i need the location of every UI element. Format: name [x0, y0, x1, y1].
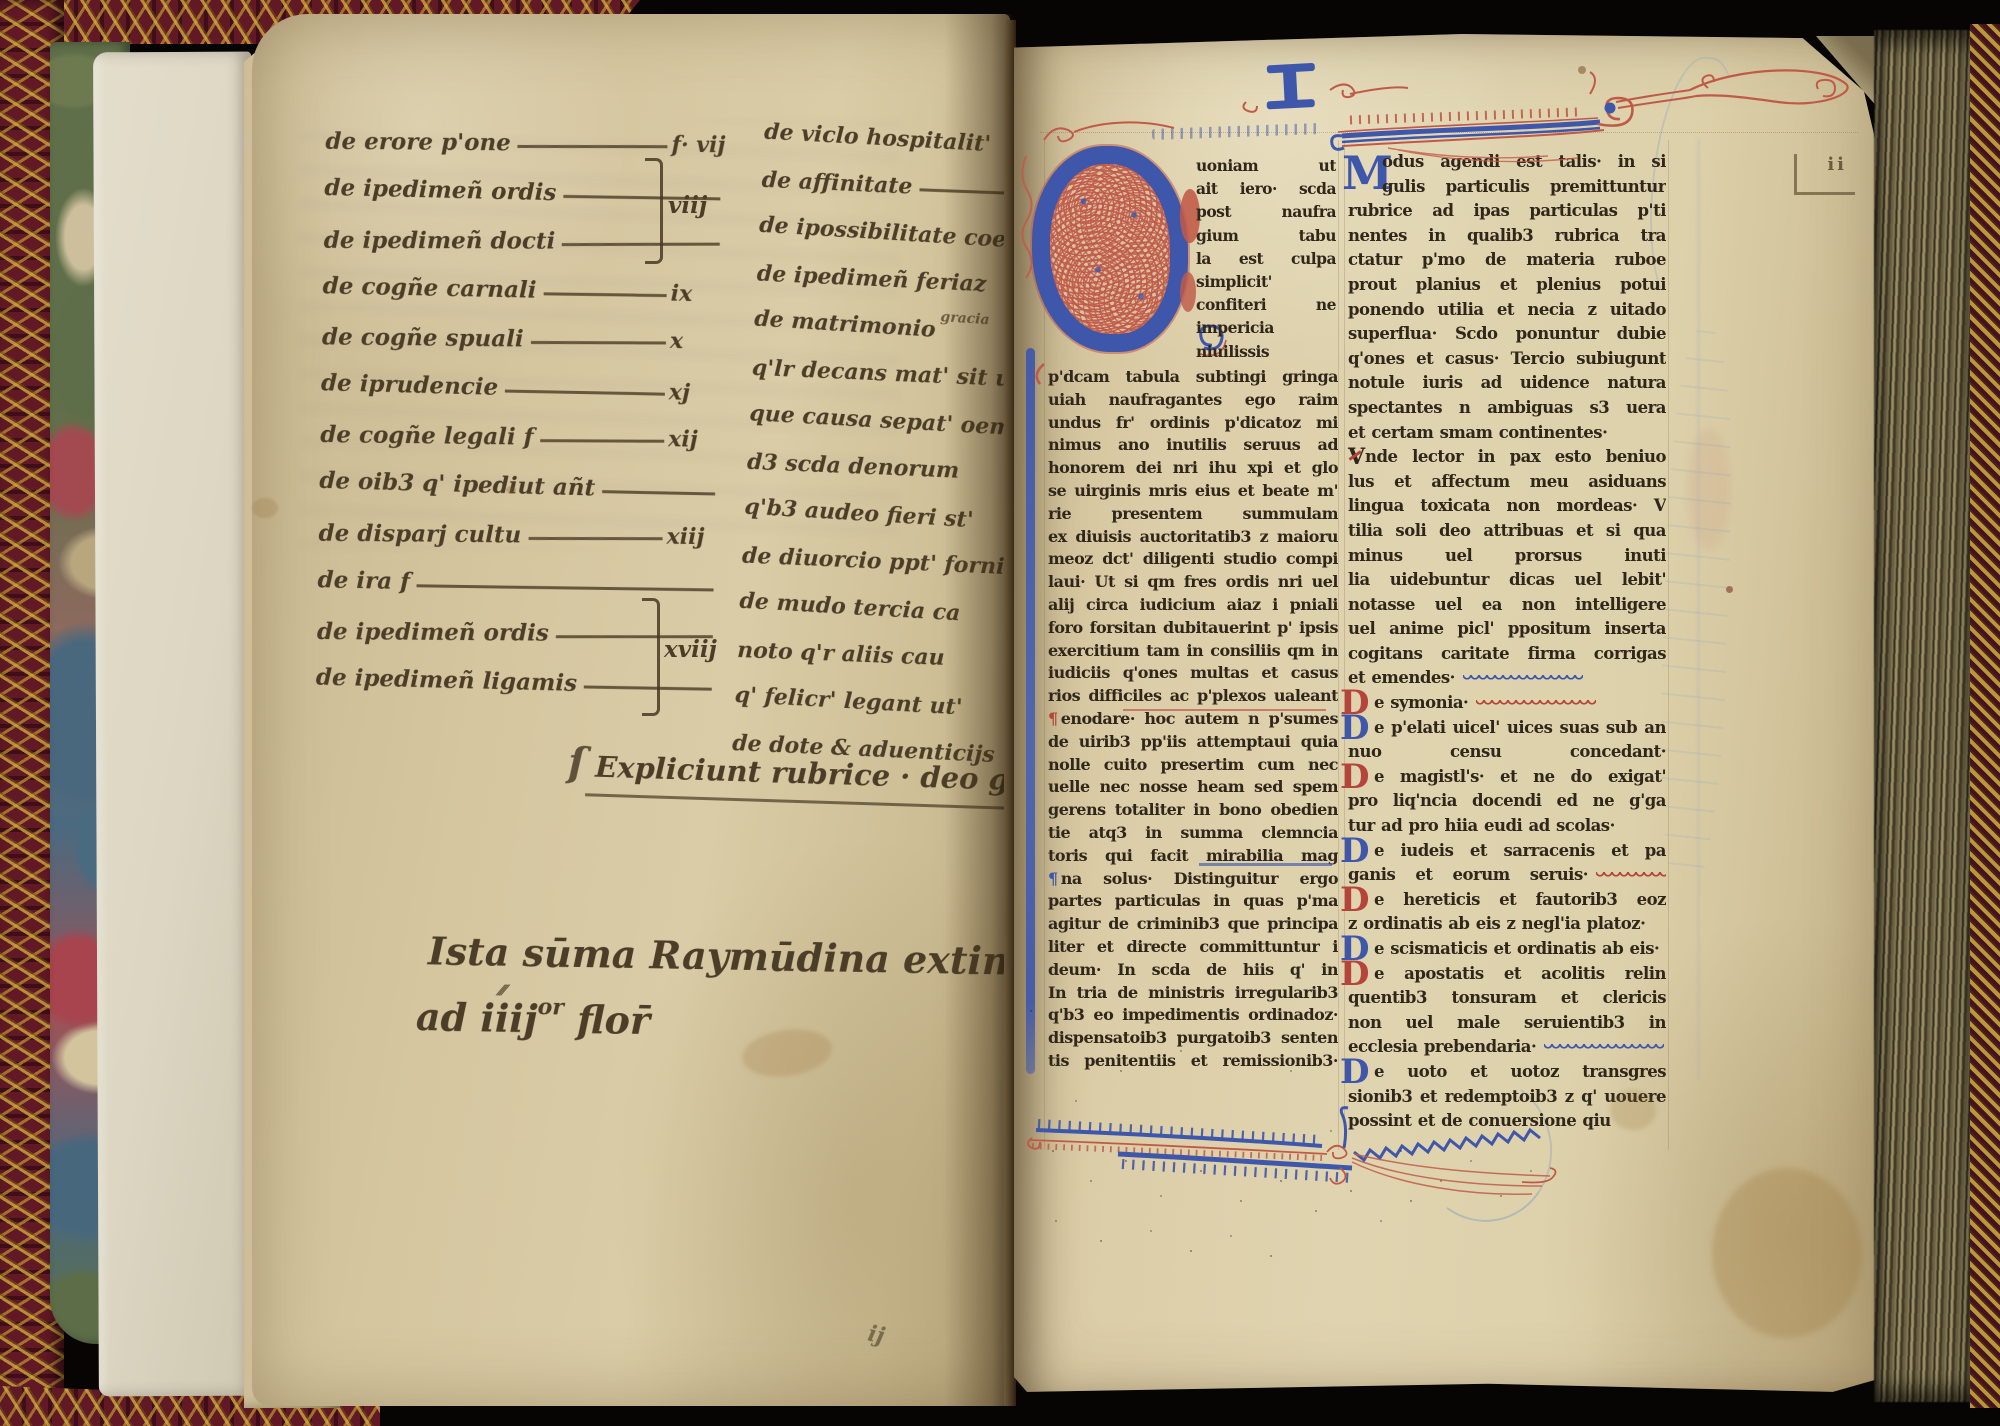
index-entry: de cogñe spualix — [322, 301, 722, 354]
index-entry-label: de iprudencie — [321, 369, 499, 401]
gilt-fore-cover — [1970, 24, 2000, 1408]
rubric-paragraph: De p'elati uicel' uices suas sub annuo c… — [1348, 716, 1666, 765]
rubric-initial: V — [1348, 445, 1364, 467]
index-roman-numeral: ix — [670, 281, 723, 308]
text-line: tilia soli deo attribuas et si qua — [1348, 519, 1666, 544]
text-line: la est culpa — [1196, 247, 1336, 270]
text-line: p'dcam tabula subtingi gringa — [1048, 366, 1338, 389]
index-entry: de ira f — [317, 544, 718, 601]
index-leader-line — [528, 537, 662, 540]
text-line: lus et affectum meu asiduans — [1348, 470, 1666, 495]
text-line: pro liq'ncia docendi ed ne g'ga — [1348, 789, 1666, 814]
superscript-or: or — [537, 994, 564, 1020]
showthrough-ghost — [1654, 329, 1738, 891]
index-bracket — [642, 598, 660, 716]
index-leader-line — [417, 584, 714, 591]
index-roman-numeral: xviij — [664, 636, 717, 663]
text-line: ponendo utilia et necia z uitado — [1348, 298, 1666, 323]
rubric-paragraph: De hereticis et fautorib3 eozz ordinatis… — [1348, 888, 1666, 937]
valuation-inscription-line2: ad iiijor flor̄ — [416, 992, 651, 1043]
bottom-penwork-flourish — [1022, 1094, 1562, 1204]
text-line: meoz dct' diligenti studio compi — [1048, 548, 1338, 571]
text-line: confiteri ne — [1196, 293, 1336, 316]
index-column-1: de erore p'onef· vijde ipedimeñ ordisde … — [316, 104, 726, 699]
showthrough-ghost — [1688, 428, 1730, 550]
text-line: uel anime picl' ppositum inserta — [1348, 617, 1666, 642]
top-penwork-ornament — [1238, 50, 1878, 165]
ruling-line-vertical — [1338, 140, 1339, 1150]
text-line: ex diuisis auctoritatib3 z maioru — [1048, 526, 1338, 549]
text-line: et certam smam continentes· — [1348, 421, 1666, 446]
text-column-1-beside-initial: uoniam utait iero· scdapost naufragium t… — [1196, 154, 1336, 363]
index-entry: de cogñe carnaliix — [323, 250, 724, 307]
text-line: liter et directe committuntur i — [1048, 936, 1338, 959]
rubric-paragraph: De symonia· — [1348, 691, 1666, 716]
text-line: ait iero· scda — [1196, 177, 1336, 200]
text-line: notule iuris ad uidence natura — [1348, 371, 1666, 396]
text-line: laui· Ut si qm fres ordis nri uel — [1048, 571, 1338, 594]
index-entry: de oib3 q' ipediut añt — [319, 445, 720, 505]
text-line: e symonia· — [1374, 691, 1666, 716]
text-line: simplicit' — [1196, 270, 1336, 293]
text-line: rios difficiles ac p'plexos ualeant — [1048, 685, 1338, 708]
text-line: non uel male seruientib3 in — [1348, 1011, 1666, 1036]
index-roman-numeral: xiij — [666, 524, 718, 550]
line-filler-squiggle — [1544, 1044, 1664, 1052]
text-line: ¶na solus· Distinguitur ergo — [1048, 868, 1338, 891]
text-line: impericia — [1196, 316, 1336, 339]
paraph-flourish: ſ — [567, 739, 586, 787]
blue-I-ornament — [1265, 63, 1317, 110]
text-line: et emendes· — [1348, 666, 1666, 691]
ruling-line-vertical — [1668, 140, 1669, 1150]
line-filler-squiggle — [1596, 872, 1666, 880]
flyleaf — [93, 52, 257, 1397]
index-leader-line — [531, 341, 666, 344]
text-line: e iudeis et sarracenis et pa — [1374, 839, 1666, 864]
ink-fleck — [1726, 586, 1733, 593]
text-line: de uirib3 pp'iis attemptaui quia — [1048, 731, 1338, 754]
rubric-initial: D — [1340, 1060, 1372, 1082]
text-line: e scismaticis et ordinatis ab eis· — [1374, 937, 1666, 962]
folio-mark: ii — [1794, 154, 1855, 195]
text-line: uelle nec nosse heam sed spem — [1048, 776, 1338, 799]
index-leader-line — [518, 145, 668, 148]
text-line: tie atq3 in summa clemncia salua — [1048, 822, 1338, 845]
index-roman-numeral: viij — [668, 192, 707, 219]
text-line: ¶enodare· hoc autem n p'sumes — [1048, 708, 1338, 731]
text-column-1: p'dcam tabula subtingi gringauiah naufra… — [1048, 366, 1338, 1073]
text-line: rie presentem summulam — [1048, 503, 1338, 526]
index-entry: de cogñe legali fxij — [320, 399, 721, 453]
stain — [1712, 1168, 1862, 1338]
text-line: undus fr' ordinis p'dicatoz mi — [1048, 412, 1338, 435]
rubric-paragraph: De iudeis et sarracenis et paganis et eo… — [1348, 839, 1666, 888]
text-line: e uoto et uotoz transgres — [1374, 1060, 1666, 1085]
text-line: spectantes n ambiguas s3 uera — [1348, 396, 1666, 421]
text-line: post naufra — [1196, 200, 1336, 223]
index-entry-label: de ipedimeñ ligamis — [316, 664, 578, 697]
index-entry-label: de ipedimeñ ordis — [324, 174, 556, 206]
rubric-paragraph: De magistl's· et ne do exigat'pro liq'nc… — [1348, 765, 1666, 839]
rubric-initial: D — [1340, 839, 1372, 861]
text-line: e magistl's· et ne do exigat' — [1374, 765, 1666, 790]
rubric-initial: D — [1340, 765, 1372, 787]
index-entry-label: de oib3 q' ipediut añt — [319, 467, 596, 502]
text-line: nuo censu concedant· — [1348, 740, 1666, 765]
text-line: honorem dei nri ihu xpi et glo — [1048, 457, 1338, 480]
text-line: In tria de ministris irregularib3 — [1048, 982, 1338, 1005]
text-line: deum· In scda de hiis q' in primu· — [1048, 959, 1338, 982]
text-line: tur ad pro hiia eudi ad scolas· — [1348, 814, 1666, 839]
rubric-initial: D — [1340, 888, 1372, 910]
text-line: superflua· Scdo ponuntur dubie — [1348, 322, 1666, 347]
text-line: gerens totaliter in bono obedien — [1048, 799, 1338, 822]
text-line: se uirginis mris eius et beate m' — [1048, 480, 1338, 503]
text-line: gium tabu — [1196, 224, 1336, 247]
index-leader-line — [505, 390, 665, 396]
index-entry-label: de ira f — [317, 566, 410, 595]
index-leader-line — [543, 292, 666, 297]
index-entry: de disparj cultuxiij — [318, 498, 718, 550]
text-line: nolle cuito presertim cum nec — [1048, 754, 1338, 777]
initial-descender-bar — [1026, 348, 1035, 1074]
index-entry: de ipedimeñ ordis — [324, 152, 725, 210]
index-leader-line — [602, 490, 715, 495]
text-line: rubrice ad ipas particulas p'ti — [1348, 199, 1666, 224]
text-line: minus uel prorsus inuti — [1348, 544, 1666, 569]
text-line: niuilissis — [1196, 340, 1336, 363]
text-line: e p'elati uicel' uices suas sub an — [1374, 716, 1666, 741]
gutter-shadow — [944, 14, 1012, 1406]
text-line: prout planius et plenius potui — [1348, 273, 1666, 298]
text-line: q'b3 eo impedimentis ordinadoz· — [1048, 1004, 1338, 1027]
text-line: iudiciis q'ones multas et casus ua — [1048, 662, 1338, 685]
index-roman-numeral: f· vij — [671, 132, 725, 158]
page-crease — [1697, 140, 1700, 1080]
text-line: nentes in qualib3 rubrica tra — [1348, 224, 1666, 249]
text-column-2: Modus agendi est talis· in sigulis parti… — [1348, 150, 1666, 1134]
index-entry-label: de cogñe carnali — [323, 272, 537, 303]
index-entry: de ipedimeñ docti — [324, 205, 724, 255]
rubric-paragraph: Vnde lector in pax esto beniuolus et aff… — [1348, 445, 1666, 691]
line-filler-squiggle — [1476, 700, 1596, 708]
text-line: cogitans caritate firma corrigas — [1348, 642, 1666, 667]
index-entry: de erore p'onef· vij — [325, 106, 725, 158]
rubric-paragraph: De apostatis et acolitis relinquentib3 t… — [1348, 962, 1666, 1060]
text-line: z ordinatis ab eis z negl'ia platoz· — [1348, 912, 1666, 937]
ruling-line-vertical — [1344, 140, 1345, 1150]
page-edges-stack — [1874, 30, 1974, 1402]
index-leader-line — [540, 439, 664, 443]
text-line: toris qui facit mirabilia mag — [1048, 845, 1338, 868]
text-line: foro forsitan dubitauerint p' ipsis — [1048, 617, 1338, 640]
text-line: alij circa iudicium aiaz i pniali — [1048, 594, 1338, 617]
line-filler-squiggle — [1463, 675, 1583, 683]
paraph-mark: ¶ — [1048, 869, 1058, 888]
ink-speckles — [1030, 1010, 1032, 1012]
text-line: lingua toxicata non mordeas· V — [1348, 494, 1666, 519]
rubric-paragraph: De scismaticis et ordinatis ab eis· — [1348, 937, 1666, 962]
text-line: gulis particulis premittuntur — [1382, 175, 1666, 200]
text-line: ecclesia prebendaria· — [1348, 1035, 1666, 1060]
text-line: nimus ano inutilis seruus ad — [1048, 434, 1338, 457]
manuscript-photo: de erore p'onef· vijde ipedimeñ ordisde … — [0, 0, 2000, 1426]
text-line: quentib3 tonsuram et clericis — [1348, 986, 1666, 1011]
text-line: notasse uel ea non intelligere — [1348, 593, 1666, 618]
rubric-initial: D — [1340, 962, 1372, 984]
text-line: agitur de criminib3 que principa — [1048, 913, 1338, 936]
text-line: e apostatis et acolitis relin — [1374, 962, 1666, 987]
stray-ink-mark: ij — [865, 1321, 886, 1350]
text-line: q'ones et casus· Tercio subiugunt — [1348, 347, 1666, 372]
text-line: nde lector in pax esto beniuo — [1365, 445, 1666, 470]
text-line: exercitium tam in consiliis qm in — [1048, 640, 1338, 663]
paraph-mark: ¶ — [1048, 709, 1058, 728]
index-bracket — [645, 158, 663, 264]
index-leader-line — [562, 243, 720, 247]
text-line: partes particulas in quas p'ma — [1048, 890, 1338, 913]
text-line: ganis et eorum seruis· — [1348, 863, 1666, 888]
rubric-paragraph: Modus agendi est talis· in sigulis parti… — [1348, 150, 1666, 445]
index-roman-numeral: x — [670, 328, 722, 355]
rubric-initial: D — [1340, 716, 1372, 738]
text-line: tis penitentiis et remissionib3· — [1048, 1050, 1338, 1073]
text-line: lia uidebuntur dicas uel lebit' — [1348, 568, 1666, 593]
text-line: e hereticis et fautorib3 eoz — [1374, 888, 1666, 913]
index-roman-numeral: xij — [668, 426, 720, 453]
text-line: dispensatoib3 purgatoib3 senten — [1048, 1027, 1338, 1050]
stain — [739, 1024, 835, 1082]
index-entry: de iprudenciexj — [321, 347, 722, 406]
text-line: uiah naufragantes ego raim — [1048, 389, 1338, 412]
text-line: ctatur p'mo de materia ruboe — [1348, 248, 1666, 273]
